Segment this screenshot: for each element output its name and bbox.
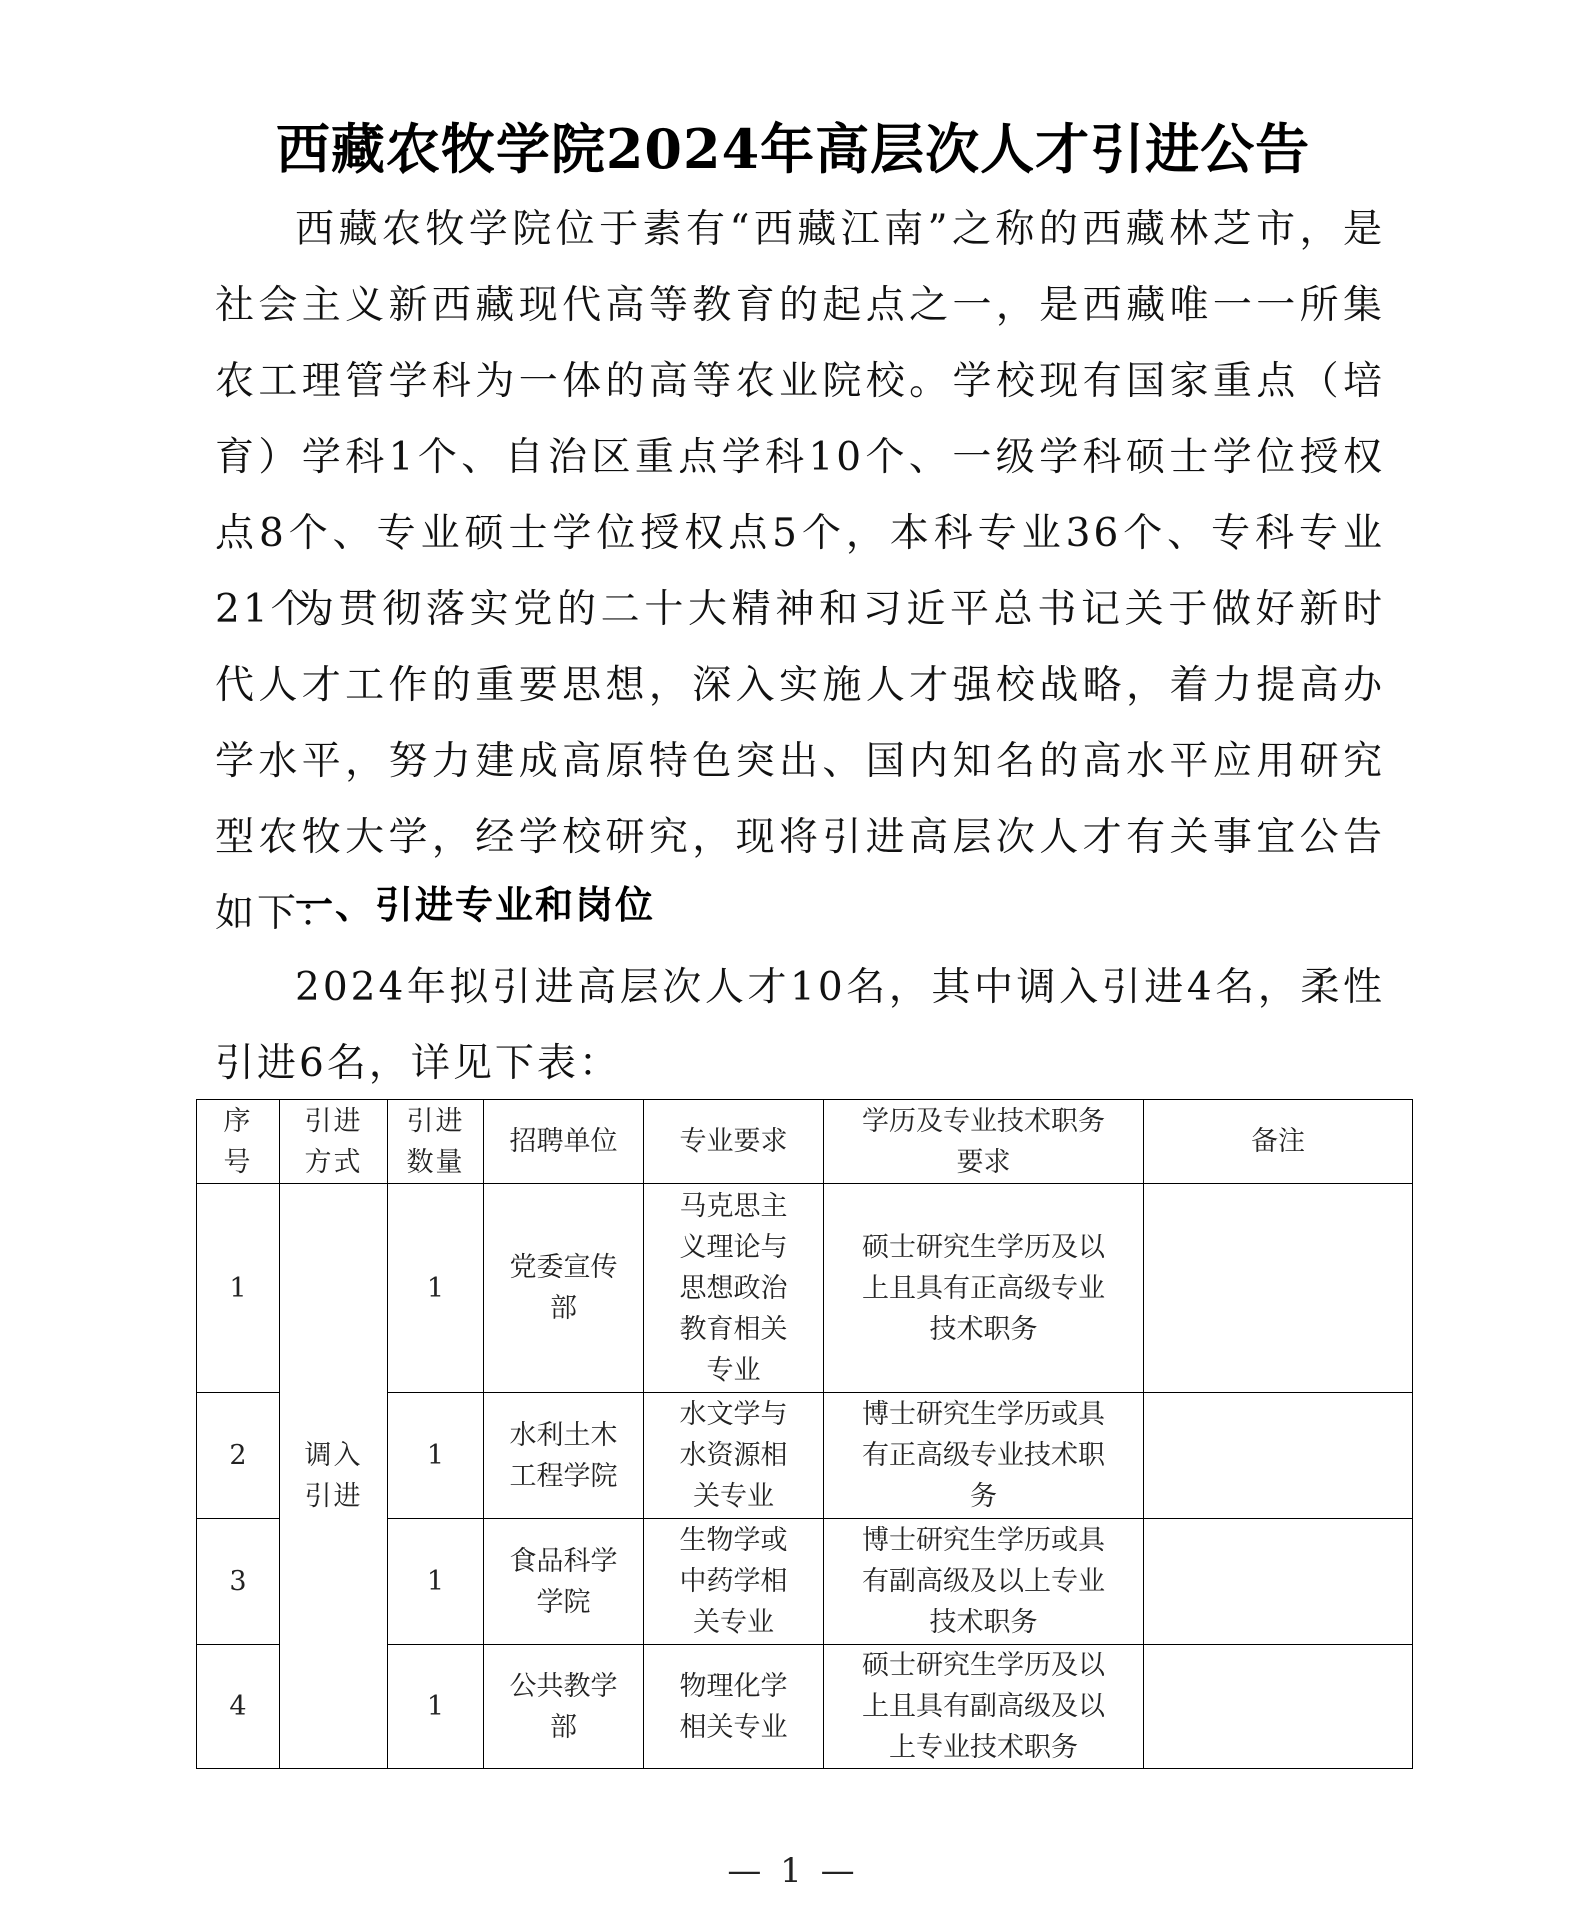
cell-seq: 4 — [197, 1645, 280, 1769]
cell-unit: 食品科学 学院 — [484, 1519, 644, 1645]
cell-remarks — [1144, 1184, 1413, 1393]
page-number: — 1 — — [0, 1846, 1586, 1896]
cell-count: 1 — [388, 1184, 484, 1393]
table-header-row: 序 号 引进 方式 引进 数量 招聘单位 专业要求 学历及专业技术职务 要求 备… — [197, 1100, 1413, 1184]
cell-education: 硕士研究生学历及以 上且具有正高级专业 技术职务 — [824, 1184, 1144, 1393]
cell-seq: 1 — [197, 1184, 280, 1393]
header-major: 专业要求 — [644, 1100, 824, 1184]
header-education: 学历及专业技术职务 要求 — [824, 1100, 1144, 1184]
section-heading: 一、引进专业和岗位 — [295, 875, 655, 935]
cell-count: 1 — [388, 1393, 484, 1519]
header-remarks: 备注 — [1144, 1100, 1413, 1184]
cell-remarks — [1144, 1645, 1413, 1769]
cell-seq: 2 — [197, 1393, 280, 1519]
cell-remarks — [1144, 1519, 1413, 1645]
cell-count: 1 — [388, 1519, 484, 1645]
cell-seq: 3 — [197, 1519, 280, 1645]
cell-unit: 水利土木 工程学院 — [484, 1393, 644, 1519]
cell-major: 生物学或 中药学相 关专业 — [644, 1519, 824, 1645]
cell-education: 博士研究生学历或具 有正高级专业技术职 务 — [824, 1393, 1144, 1519]
cell-method-merged: 调入 引进 — [280, 1184, 388, 1769]
cell-unit: 公共教学 部 — [484, 1645, 644, 1769]
cell-remarks — [1144, 1393, 1413, 1519]
cell-education: 博士研究生学历或具 有副高级及以上专业 技术职务 — [824, 1519, 1144, 1645]
cell-major: 马克思主 义理论与 思想政治 教育相关 专业 — [644, 1184, 824, 1393]
document-title: 西藏农牧学院2024年高层次人才引进公告 — [0, 114, 1586, 184]
cell-unit: 党委宣传 部 — [484, 1184, 644, 1393]
section-paragraph-block: 2024年拟引进高层次人才10名，其中调入引进4名，柔性引进6名，详见下表： — [215, 950, 1385, 1102]
table-row: 1 调入 引进 1 党委宣传 部 马克思主 义理论与 思想政治 教育相关 专业 … — [197, 1184, 1413, 1393]
section-paragraph: 2024年拟引进高层次人才10名，其中调入引进4名，柔性引进6名，详见下表： — [215, 950, 1385, 1102]
cell-major: 水文学与 水资源相 关专业 — [644, 1393, 824, 1519]
header-method: 引进 方式 — [280, 1100, 388, 1184]
header-seq: 序 号 — [197, 1100, 280, 1184]
cell-count: 1 — [388, 1645, 484, 1769]
cell-education: 硕士研究生学历及以 上且具有副高级及以 上专业技术职务 — [824, 1645, 1144, 1769]
positions-table: 序 号 引进 方式 引进 数量 招聘单位 专业要求 学历及专业技术职务 要求 备… — [196, 1099, 1413, 1769]
header-unit: 招聘单位 — [484, 1100, 644, 1184]
cell-major: 物理化学 相关专业 — [644, 1645, 824, 1769]
header-count: 引进 数量 — [388, 1100, 484, 1184]
